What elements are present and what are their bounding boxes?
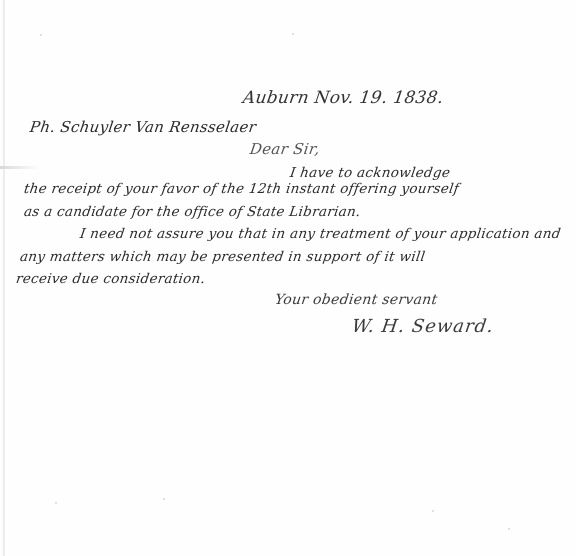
paper-speck [55, 502, 57, 504]
paper-speck [432, 510, 434, 512]
paper-speck [508, 528, 510, 530]
date-line: Auburn Nov. 19. 1838. [242, 88, 445, 108]
body-line: any matters which may be presented in su… [19, 249, 426, 265]
paper-speck [292, 33, 294, 35]
paper-speck [40, 34, 42, 36]
body-line: receive due consideration. [15, 271, 207, 287]
body-line: the receipt of your favor of the 12th in… [23, 181, 460, 197]
paper-fold-mark [0, 166, 40, 169]
body-line: I need not assure you that in any treatm… [79, 226, 562, 242]
addressee: Ph. Schuyler Van Rensselaer [29, 118, 258, 136]
closing: Your obedient servant [274, 292, 439, 308]
signature: W. H. Seward. [351, 316, 496, 337]
letter-page: Auburn Nov. 19. 1838. Ph. Schuyler Van R… [0, 0, 576, 556]
body-line: I have to acknowledge [289, 165, 451, 181]
paper-speck [163, 498, 165, 500]
scan-left-edge [3, 0, 5, 556]
body-line: as a candidate for the office of State L… [23, 204, 362, 220]
salutation: Dear Sir, [249, 140, 321, 158]
